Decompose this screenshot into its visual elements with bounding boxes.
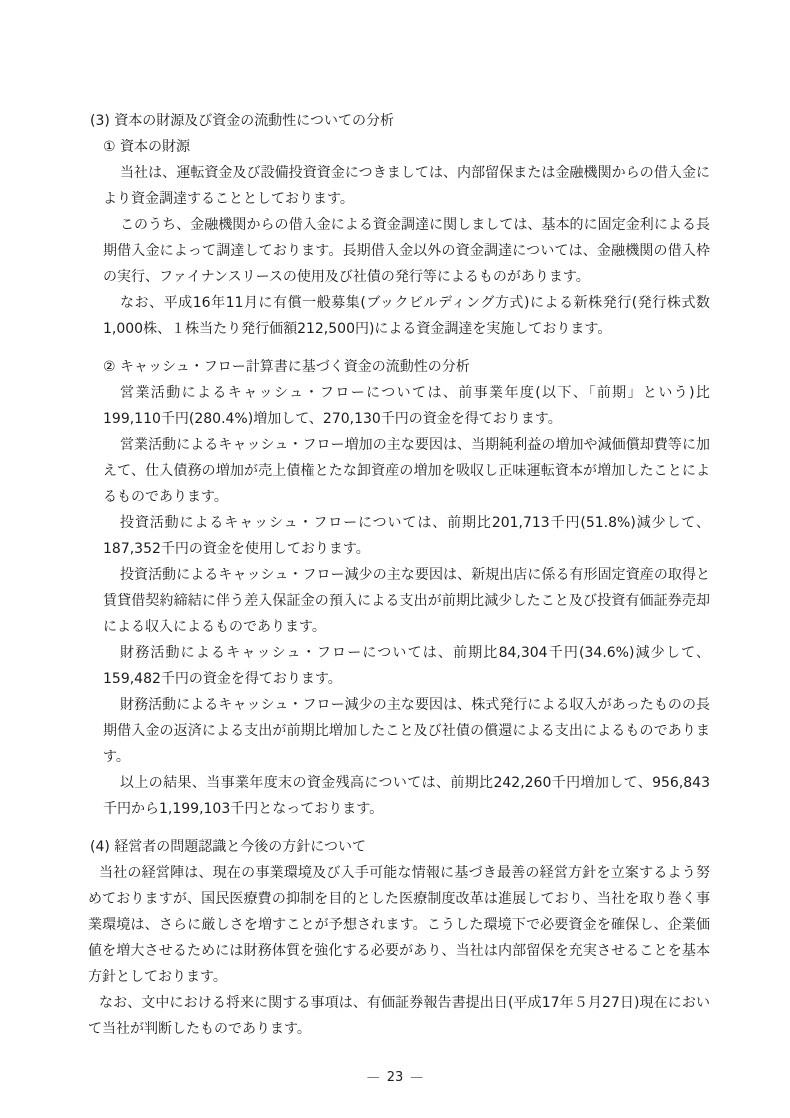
paragraph-cashflow-operating-1: 営業活動によるキャッシュ・フローについては、前事業年度(以下、「前期」という)比… bbox=[88, 380, 710, 432]
paragraph-cashflow-operating-2: 営業活動によるキャッシュ・フロー増加の主な要因は、当期純利益の増加や減価償却費等… bbox=[88, 432, 710, 510]
section-3-1-heading: ① 資本の財源 bbox=[88, 134, 710, 160]
paragraph-cashflow-summary: 以上の結果、当事業年度末の資金残高については、前期比242,260千円増加して、… bbox=[88, 770, 710, 822]
page-footer: —23— bbox=[0, 1068, 790, 1088]
paragraph-capital-sources-2: このうち、金融機関からの借入金による資金調達に関しましては、基本的に固定金利によ… bbox=[88, 212, 710, 290]
document-page: (3) 資本の財源及び資金の流動性についての分析① 資本の財源当社は、運転資金及… bbox=[0, 0, 790, 1118]
footer-dash-left: — bbox=[367, 1070, 380, 1085]
document-body: (3) 資本の財源及び資金の流動性についての分析① 資本の財源当社は、運転資金及… bbox=[88, 108, 710, 1042]
paragraph-capital-sources-1: 当社は、運転資金及び設備投資資金につきましては、内部留保または金融機関からの借入… bbox=[88, 160, 710, 212]
footer-dash-right: — bbox=[410, 1070, 423, 1085]
section-3-heading: (3) 資本の財源及び資金の流動性についての分析 bbox=[88, 108, 710, 134]
paragraph-cashflow-investing-2: 投資活動によるキャッシュ・フロー減少の主な要因は、新規出店に係る有形固定資産の取… bbox=[88, 562, 710, 640]
section-3-2-heading: ② キャッシュ・フロー計算書に基づく資金の流動性の分析 bbox=[88, 354, 710, 380]
paragraph-capital-sources-3: なお、平成16年11月に有償一般募集(ブックビルディング方式)による新株発行(発… bbox=[88, 290, 710, 342]
paragraph-cashflow-investing-1: 投資活動によるキャッシュ・フローについては、前期比201,713千円(51.8%… bbox=[88, 510, 710, 562]
paragraph-management-policy-1: 当社の経営陣は、現在の事業環境及び入手可能な情報に基づき最善の経営方針を立案する… bbox=[88, 860, 710, 990]
paragraph-management-policy-2: なお、文中における将来に関する事項は、有価証券報告書提出日(平成17年５月27日… bbox=[88, 990, 710, 1042]
paragraph-cashflow-financing-1: 財務活動によるキャッシュ・フローについては、前期比84,304千円(34.6%)… bbox=[88, 640, 710, 692]
page-number: 23 bbox=[387, 1070, 404, 1085]
paragraph-cashflow-financing-2: 財務活動によるキャッシュ・フロー減少の主な要因は、株式発行による収入があったもの… bbox=[88, 692, 710, 770]
section-4-heading: (4) 経営者の問題認識と今後の方針について bbox=[88, 834, 710, 860]
